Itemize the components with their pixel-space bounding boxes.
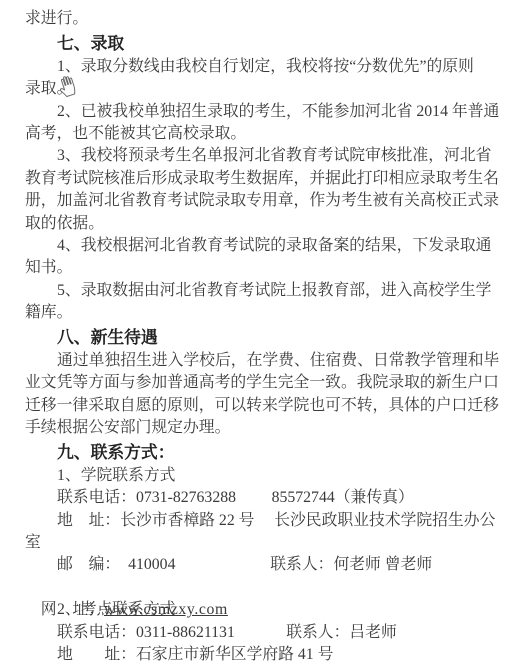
heading-admission: 七、录取	[25, 33, 500, 55]
document-page: 求进行。 七、录取 1、录取分数线由我校自行划定，我校将按“分数优先”的原则 录…	[0, 0, 526, 666]
doc-line-continuation: 求进行。	[25, 8, 500, 30]
doc-line-testsite-address: 地 址：石家庄市新华区学府路 41 号	[25, 644, 500, 666]
doc-line-admission-rule-2b: 高考，也不能被其它高校录取。	[25, 123, 500, 145]
doc-line-admission-rule-3c: 册，加盖河北省教育考试院录取专用章，作为考生被有关高校正式录	[25, 190, 500, 212]
doc-line-website: 网 址：www.csmzxy.com	[25, 577, 500, 599]
doc-line-admission-rule-3: 3、我校将预录考生名单报河北省教育考试院审核批准，河北省	[25, 145, 500, 167]
doc-line-testsite-phone: 联系电话：0311-88621131 联系人：吕老师	[25, 622, 500, 644]
doc-line-admission-rule-4b: 知书。	[25, 257, 500, 279]
doc-line-admission-rule-4: 4、我校根据河北省教育考试院的录取备案的结果，下发录取通	[25, 235, 500, 257]
doc-line-admission-rule-2: 2、已被我校单独招生录取的考生，不能参加河北省 2014 年普通	[25, 101, 500, 123]
doc-line-treatment-1: 通过单独招生进入学校后，在学费、住宿费、日常教学管理和毕	[25, 350, 500, 372]
doc-line-treatment-2: 业文凭等方面与参加普通高考的学生完全一致。我院录取的新生户口	[25, 372, 500, 394]
heading-contact: 九、联系方式：	[25, 442, 500, 464]
doc-line-admission-rule-5b: 籍库。	[25, 302, 500, 324]
doc-line-admission-rule-3d: 取的依据。	[25, 213, 500, 235]
doc-line-treatment-4: 手续根据公安部门规定办理。	[25, 417, 500, 439]
heading-freshman-treatment: 八、新生待遇	[25, 327, 500, 349]
doc-line-college-address-2: 室	[25, 532, 500, 554]
doc-line-testsite-contact-title: 2、考点联系方式	[25, 599, 500, 621]
doc-line-treatment-3: 迁移一律采取自愿的原则，可以转来学院也可不转，具体的户口迁移	[25, 395, 500, 417]
doc-line-admission-rule-1: 1、录取分数线由我校自行划定，我校将按“分数优先”的原则	[25, 56, 500, 78]
doc-line-postcode-contacts: 邮 编： 410004 联系人：何老师 曾老师	[25, 554, 500, 576]
doc-line-admission-rule-5: 5、录取数据由河北省教育考试院上报教育部，进入高校学生学	[25, 280, 500, 302]
doc-line-college-phone: 联系电话：0731-82763288 85572744（兼传真）	[25, 487, 500, 509]
doc-line-college-address: 地 址：长沙市香樟路 22 号 长沙民政职业技术学院招生办公	[25, 510, 500, 532]
doc-line-college-contact-title: 1、学院联系方式	[25, 465, 500, 487]
doc-line-admission-rule-3b: 教育考试院核准后形成录取考生数据库，并据此打印相应录取考生名	[25, 168, 500, 190]
doc-line-admission-rule-1b: 录取。	[25, 78, 500, 100]
